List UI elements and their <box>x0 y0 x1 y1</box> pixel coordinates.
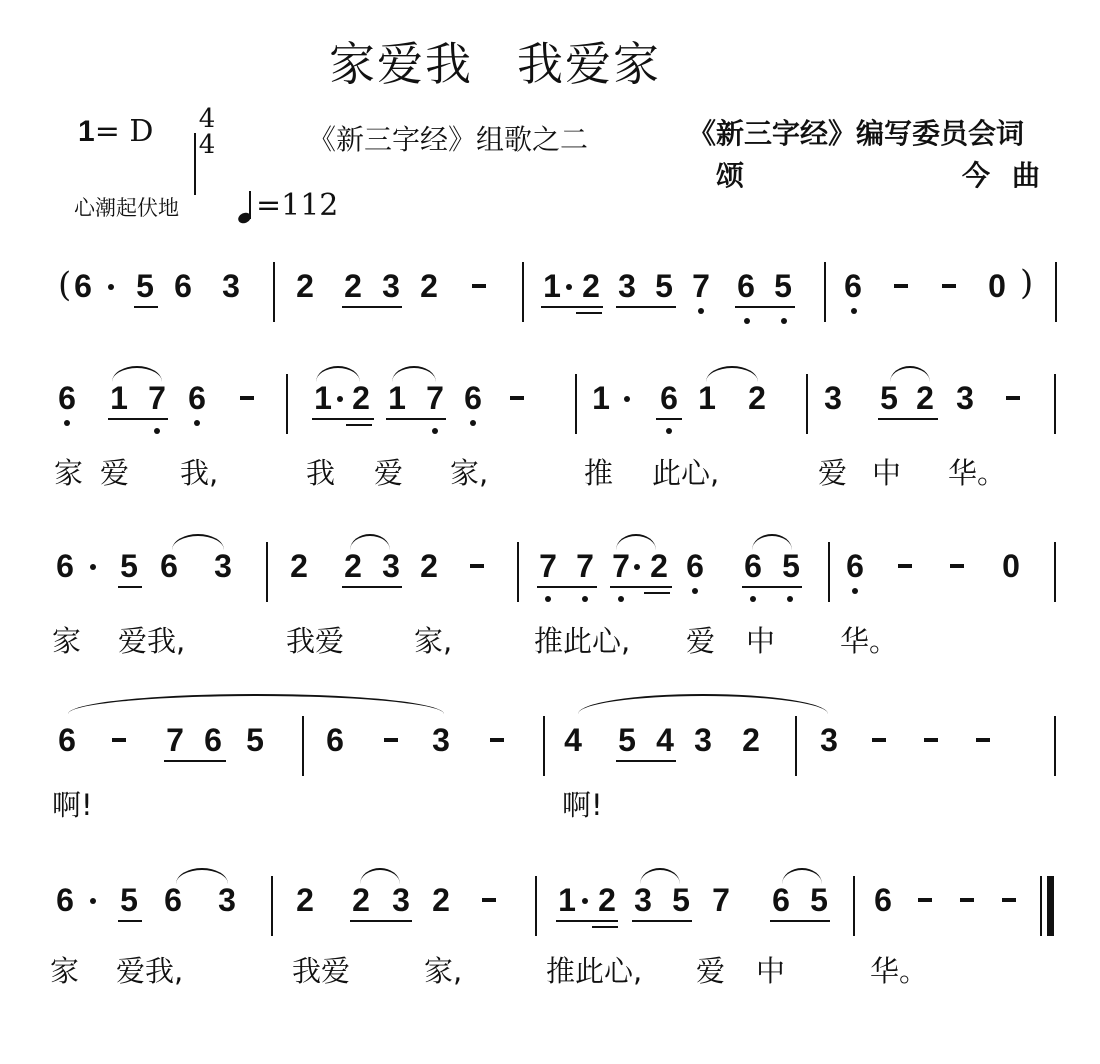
note: 3 <box>380 270 402 302</box>
note: 6 <box>186 382 208 414</box>
note: 6 <box>844 550 866 582</box>
note: 1 <box>590 382 612 414</box>
tempo-marking: =112 <box>238 188 338 223</box>
bar-line <box>1054 716 1056 776</box>
note: 5 <box>772 270 794 302</box>
bar-line <box>543 716 545 776</box>
note: 6 <box>202 724 224 756</box>
note: 5 <box>118 550 140 582</box>
note: 2 <box>596 884 618 916</box>
lyric: 家 <box>52 626 81 656</box>
note: 2 <box>746 382 768 414</box>
lyric: 我爱 <box>286 626 344 656</box>
note: 4 <box>562 724 584 756</box>
bar-line <box>266 542 268 602</box>
quarter-note-icon <box>238 191 252 223</box>
note: 7 <box>690 270 712 302</box>
dash <box>470 564 484 568</box>
note: 5 <box>670 884 692 916</box>
rest: 0 <box>1000 550 1022 582</box>
lyric: 我爱 <box>292 956 350 986</box>
lyric: 爱 <box>374 458 403 488</box>
lyric: 中 <box>746 626 775 656</box>
note: 6 <box>684 550 706 582</box>
expression-marking: 心潮起伏地 <box>74 192 179 222</box>
lyric: 推 <box>584 458 613 488</box>
time-signature: 4 4 <box>194 106 220 158</box>
note: 2 <box>294 884 316 916</box>
note: 3 <box>390 884 412 916</box>
phrase-slur <box>68 694 444 714</box>
note: 6 <box>842 270 864 302</box>
note: 3 <box>380 550 402 582</box>
key-signature: 1= D <box>78 114 153 149</box>
note: 1 <box>108 382 130 414</box>
note: 6 <box>872 884 894 916</box>
bar-line <box>1054 542 1056 602</box>
note: 3 <box>216 884 238 916</box>
song-title: 家爱我我爱家 <box>0 28 990 94</box>
lyric: 此心, <box>652 458 719 488</box>
dash <box>240 396 254 400</box>
bar-line <box>1054 374 1056 434</box>
close-paren: ) <box>1020 266 1033 300</box>
note: 7 <box>610 550 632 582</box>
bar-line <box>795 716 797 776</box>
dash <box>976 738 990 742</box>
note: 6 <box>56 382 78 414</box>
note: 5 <box>134 270 156 302</box>
note: 2 <box>418 270 440 302</box>
note: 2 <box>740 724 762 756</box>
dash <box>898 564 912 568</box>
note: 7 <box>574 550 596 582</box>
note: 1 <box>386 382 408 414</box>
lyric: 爱 <box>100 458 129 488</box>
bar-line <box>273 262 275 322</box>
note: 6 <box>172 270 194 302</box>
dash <box>960 898 974 902</box>
dash <box>490 738 504 742</box>
bar-line <box>522 262 524 322</box>
bar-line <box>853 876 855 936</box>
title-part-2: 我爱家 <box>517 37 661 91</box>
augmentation-dot <box>566 284 572 290</box>
note: 4 <box>654 724 676 756</box>
note: 6 <box>56 724 78 756</box>
bar-line <box>517 542 519 602</box>
lyric: 啊! <box>562 790 603 820</box>
note: 3 <box>220 270 242 302</box>
note: 5 <box>118 884 140 916</box>
note: 2 <box>580 270 602 302</box>
bar-line <box>271 876 273 936</box>
lyric: 爱我, <box>116 956 183 986</box>
lyric: 我, <box>180 458 218 488</box>
lyric: 家, <box>414 626 452 656</box>
lyric: 爱 <box>686 626 715 656</box>
note: 6 <box>324 724 346 756</box>
dash <box>894 284 908 288</box>
lyric: 爱 <box>818 458 847 488</box>
lyric: 我 <box>306 458 335 488</box>
bar-line <box>575 374 577 434</box>
bar-line <box>824 262 826 322</box>
note: 6 <box>735 270 757 302</box>
lyric: 华。 <box>870 956 928 986</box>
dash <box>950 564 964 568</box>
lyricist-credit: 《新三字经》编写委员会词 <box>688 112 1024 152</box>
lyric: 爱 <box>696 956 725 986</box>
note: 7 <box>424 382 446 414</box>
dash <box>872 738 886 742</box>
note: 2 <box>350 382 372 414</box>
note: 6 <box>54 884 76 916</box>
note: 5 <box>808 884 830 916</box>
dash <box>918 898 932 902</box>
note: 2 <box>288 550 310 582</box>
open-paren: ( <box>58 268 71 302</box>
note: 5 <box>780 550 802 582</box>
bar-line <box>828 542 830 602</box>
note: 1 <box>696 382 718 414</box>
rest: 0 <box>986 270 1008 302</box>
dash <box>510 396 524 400</box>
lyric: 家 <box>54 458 83 488</box>
note: 6 <box>162 884 184 916</box>
note: 2 <box>350 884 372 916</box>
augmentation-dot <box>108 284 114 290</box>
bar-line <box>302 716 304 776</box>
note: 5 <box>653 270 675 302</box>
final-barline-thin <box>1040 876 1042 936</box>
suite-subtitle: 《新三字经》组歌之二 <box>308 118 588 158</box>
note: 3 <box>212 550 234 582</box>
lyric: 家, <box>424 956 462 986</box>
note: 1 <box>312 382 334 414</box>
composer-given-name: 颂 <box>716 154 744 194</box>
dash <box>1002 898 1016 902</box>
dash <box>1006 396 1020 400</box>
note: 7 <box>164 724 186 756</box>
lyric: 华。 <box>840 626 898 656</box>
lyric: 中 <box>872 458 901 488</box>
note: 6 <box>72 270 94 302</box>
lyric: 推此心, <box>534 626 630 656</box>
bar-line <box>806 374 808 434</box>
note: 6 <box>54 550 76 582</box>
note: 2 <box>418 550 440 582</box>
bar-line <box>535 876 537 936</box>
lyric: 家 <box>50 956 79 986</box>
bar-line <box>1055 262 1057 322</box>
lyric: 推此心, <box>546 956 642 986</box>
note: 2 <box>342 550 364 582</box>
lyric: 中 <box>756 956 785 986</box>
note: 3 <box>818 724 840 756</box>
dash <box>384 738 398 742</box>
note: 7 <box>710 884 732 916</box>
dash <box>924 738 938 742</box>
lyric: 爱我, <box>118 626 185 656</box>
dash <box>482 898 496 902</box>
note: 3 <box>822 382 844 414</box>
final-barline-thick <box>1047 876 1054 936</box>
note: 6 <box>658 382 680 414</box>
note: 3 <box>430 724 452 756</box>
note: 3 <box>632 884 654 916</box>
note: 2 <box>430 884 452 916</box>
note: 6 <box>462 382 484 414</box>
note: 7 <box>537 550 559 582</box>
note: 5 <box>878 382 900 414</box>
note: 6 <box>158 550 180 582</box>
note: 6 <box>770 884 792 916</box>
title-part-1: 家爱我 <box>329 37 473 91</box>
lyric: 华。 <box>948 458 1006 488</box>
lyric: 啊! <box>52 790 93 820</box>
note: 3 <box>692 724 714 756</box>
note: 2 <box>294 270 316 302</box>
dash <box>942 284 956 288</box>
composer-credit: 今曲 <box>962 154 1062 194</box>
note: 3 <box>616 270 638 302</box>
note: 1 <box>556 884 578 916</box>
note: 1 <box>541 270 563 302</box>
bar-line <box>286 374 288 434</box>
note: 5 <box>244 724 266 756</box>
phrase-slur <box>578 694 828 714</box>
dash <box>112 738 126 742</box>
dash <box>472 284 486 288</box>
note: 2 <box>648 550 670 582</box>
note: 7 <box>146 382 168 414</box>
note: 2 <box>914 382 936 414</box>
note: 2 <box>342 270 364 302</box>
note: 3 <box>954 382 976 414</box>
note: 6 <box>742 550 764 582</box>
lyric: 家, <box>450 458 488 488</box>
note: 5 <box>616 724 638 756</box>
